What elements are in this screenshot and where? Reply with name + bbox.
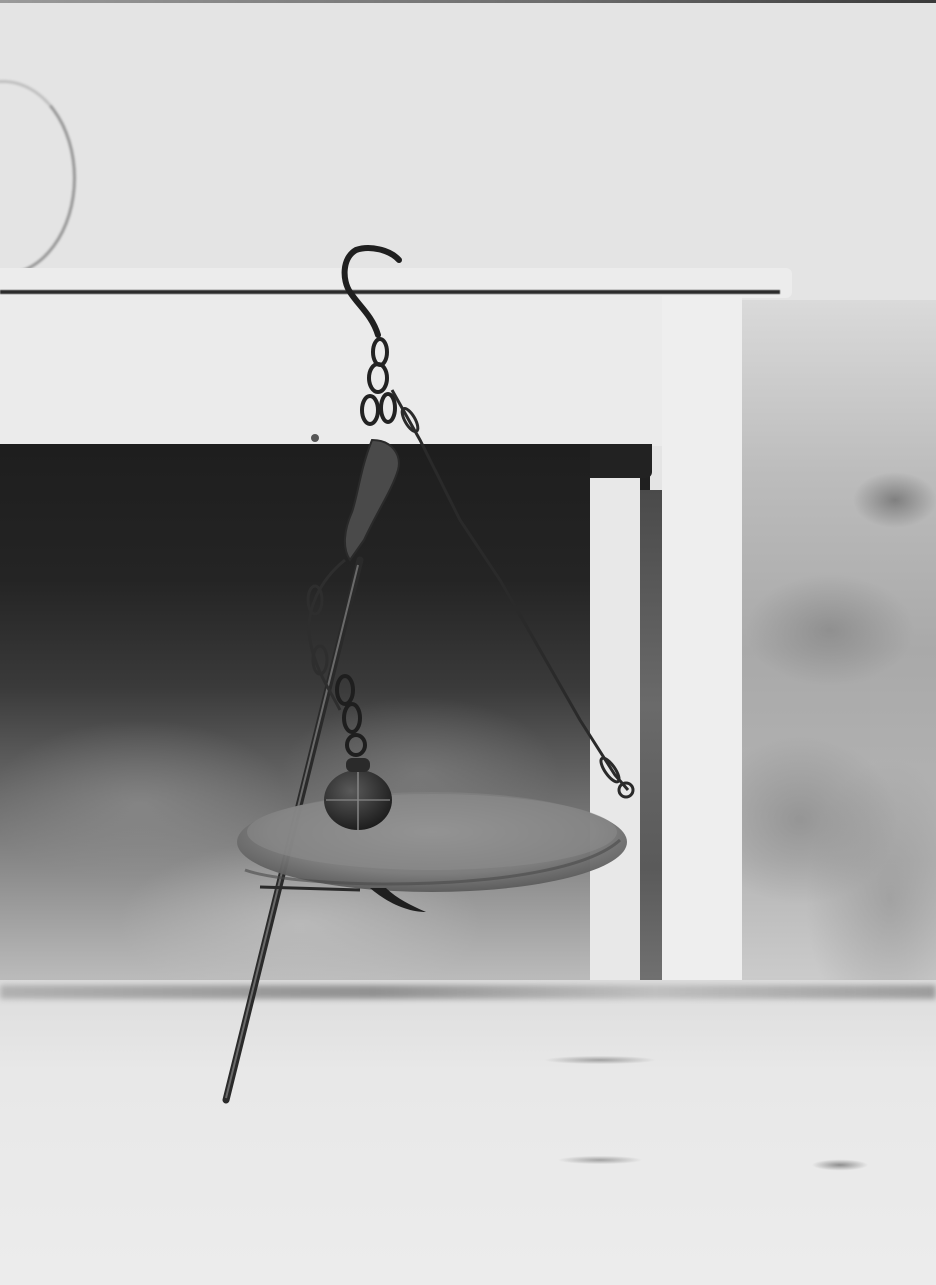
lintel-nail bbox=[311, 434, 319, 442]
beam-fulcrum bbox=[345, 440, 399, 560]
counterweight-chain bbox=[337, 676, 365, 755]
photograph bbox=[0, 0, 936, 1285]
pan-chain-right bbox=[392, 390, 633, 797]
steelyard-scale bbox=[0, 0, 936, 1285]
hook-icon bbox=[345, 248, 399, 335]
upper-chain bbox=[362, 339, 395, 424]
